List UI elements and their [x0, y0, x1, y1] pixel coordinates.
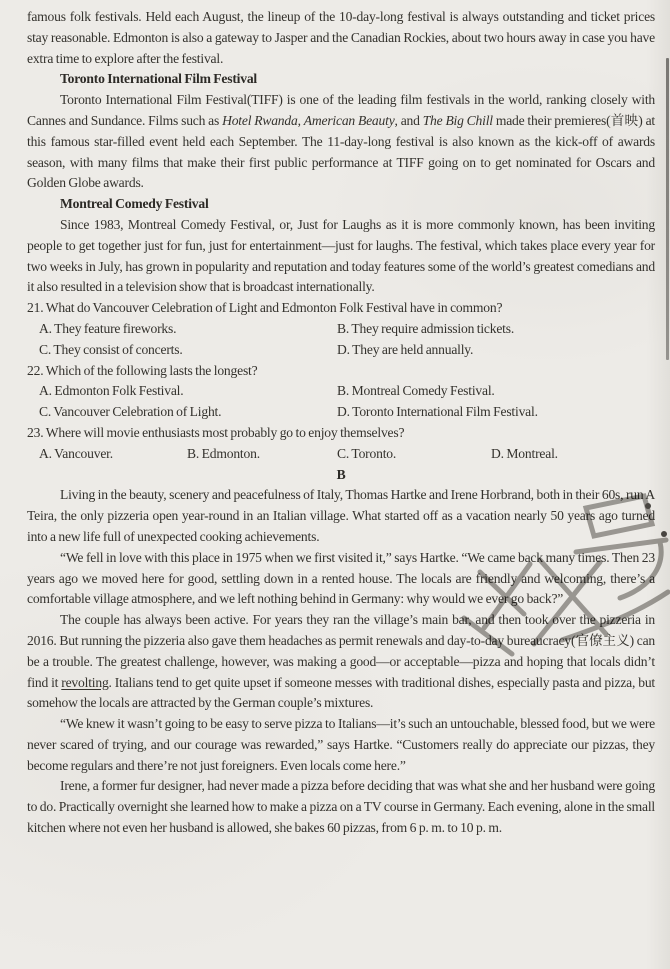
q21-option-d: D. They are held annually. — [337, 340, 473, 361]
question-23-options-row: A. Vancouver. B. Edmonton. C. Toronto. D… — [27, 444, 655, 465]
passage-b-paragraph-5: Irene, a former fur designer, had never … — [27, 776, 655, 838]
passage-a-paragraph: famous folk festivals. Held each August,… — [27, 7, 655, 69]
question-23-stem: 23. Where will movie enthusiasts most pr… — [27, 423, 655, 444]
question-21-options-row-1: A. They feature fireworks. B. They requi… — [27, 319, 655, 340]
q23-option-a: A. Vancouver. — [39, 444, 187, 465]
question-23: 23. Where will movie enthusiasts most pr… — [27, 423, 655, 465]
q23-option-c: C. Toronto. — [337, 444, 491, 465]
question-21-options-row-2: C. They consist of concerts. D. They are… — [27, 340, 655, 361]
q22-option-c: C. Vancouver Celebration of Light. — [39, 402, 337, 423]
q22-option-a: A. Edmonton Folk Festival. — [39, 381, 337, 402]
scan-edge-artifact — [666, 58, 669, 360]
passage-b-paragraph-1: Living in the beauty, scenery and peacef… — [27, 485, 655, 547]
tiff-paragraph: Toronto International Film Festival(TIFF… — [27, 90, 655, 194]
exam-page: famous folk festivals. Held each August,… — [0, 0, 670, 969]
q23-option-d: D. Montreal. — [491, 444, 558, 465]
q21-option-a: A. They feature fireworks. — [39, 319, 337, 340]
passage-b-paragraph-2: “We fell in love with this place in 1975… — [27, 548, 655, 610]
montreal-paragraph: Since 1983, Montreal Comedy Festival, or… — [27, 215, 655, 298]
q22-option-b: B. Montreal Comedy Festival. — [337, 381, 495, 402]
passage-b-paragraph-3: The couple has always been active. For y… — [27, 610, 655, 714]
question-22-stem: 22. Which of the following lasts the lon… — [27, 361, 655, 382]
question-22: 22. Which of the following lasts the lon… — [27, 361, 655, 423]
question-22-options-row-1: A. Edmonton Folk Festival. B. Montreal C… — [27, 381, 655, 402]
montreal-heading: Montreal Comedy Festival — [27, 194, 655, 215]
q22-option-d: D. Toronto International Film Festival. — [337, 402, 538, 423]
tiff-heading: Toronto International Film Festival — [27, 69, 655, 90]
q23-option-b: B. Edmonton. — [187, 444, 337, 465]
section-b-heading: B — [27, 465, 655, 486]
question-21: 21. What do Vancouver Celebration of Lig… — [27, 298, 655, 360]
question-21-stem: 21. What do Vancouver Celebration of Lig… — [27, 298, 655, 319]
q21-option-b: B. They require admission tickets. — [337, 319, 514, 340]
question-22-options-row-2: C. Vancouver Celebration of Light. D. To… — [27, 402, 655, 423]
passage-b-paragraph-4: “We knew it wasn’t going to be easy to s… — [27, 714, 655, 776]
q21-option-c: C. They consist of concerts. — [39, 340, 337, 361]
